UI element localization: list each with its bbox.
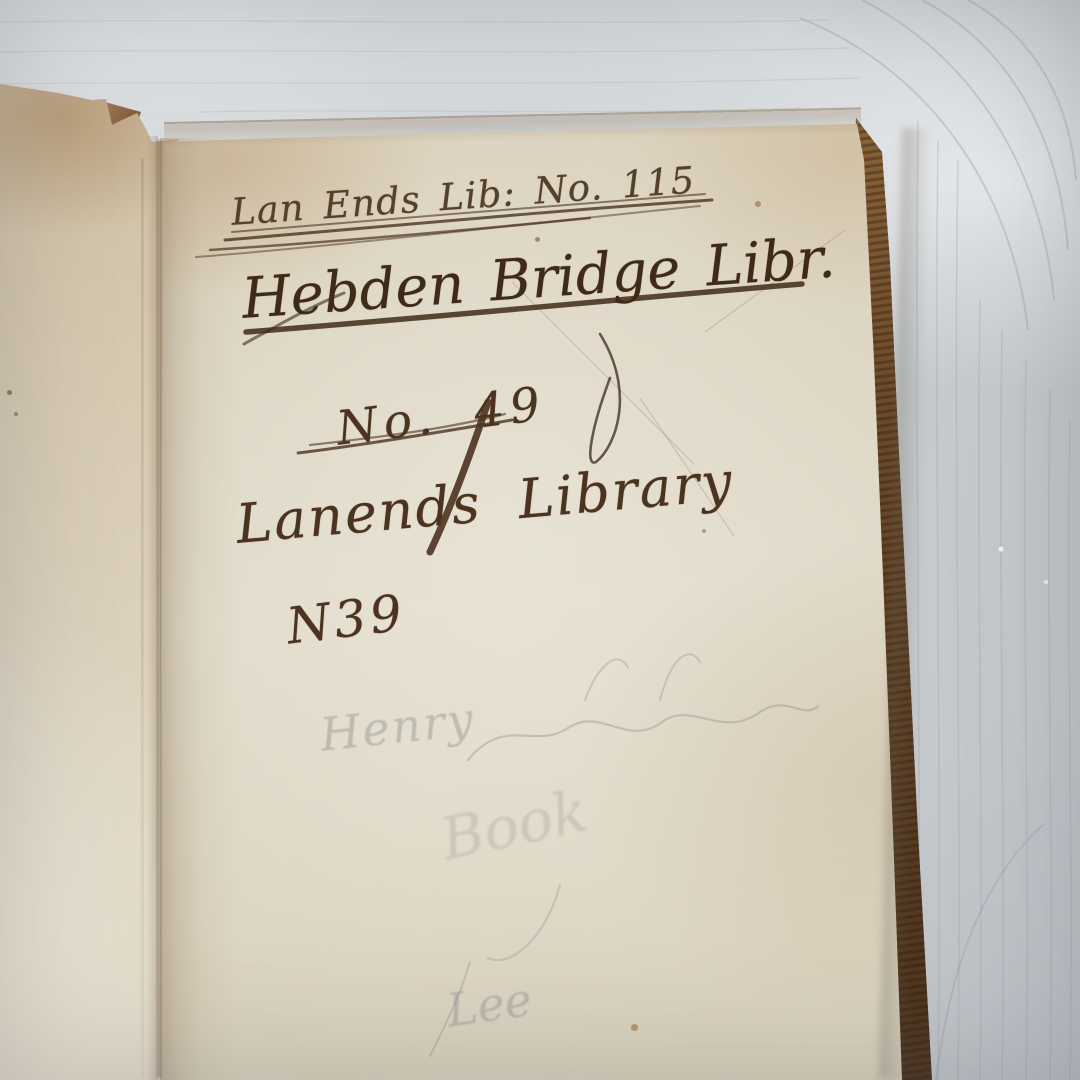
- descender-flourish: [590, 334, 620, 463]
- handwriting-strokes-overlay: [0, 0, 1080, 1080]
- book-flyleaf-photograph: Lan Ends Lib: No. 115 Hebden Bridge Libr…: [0, 0, 1080, 1080]
- pencil-signature-lee: Lee: [444, 976, 535, 1033]
- inscription-n39: N39: [284, 587, 409, 651]
